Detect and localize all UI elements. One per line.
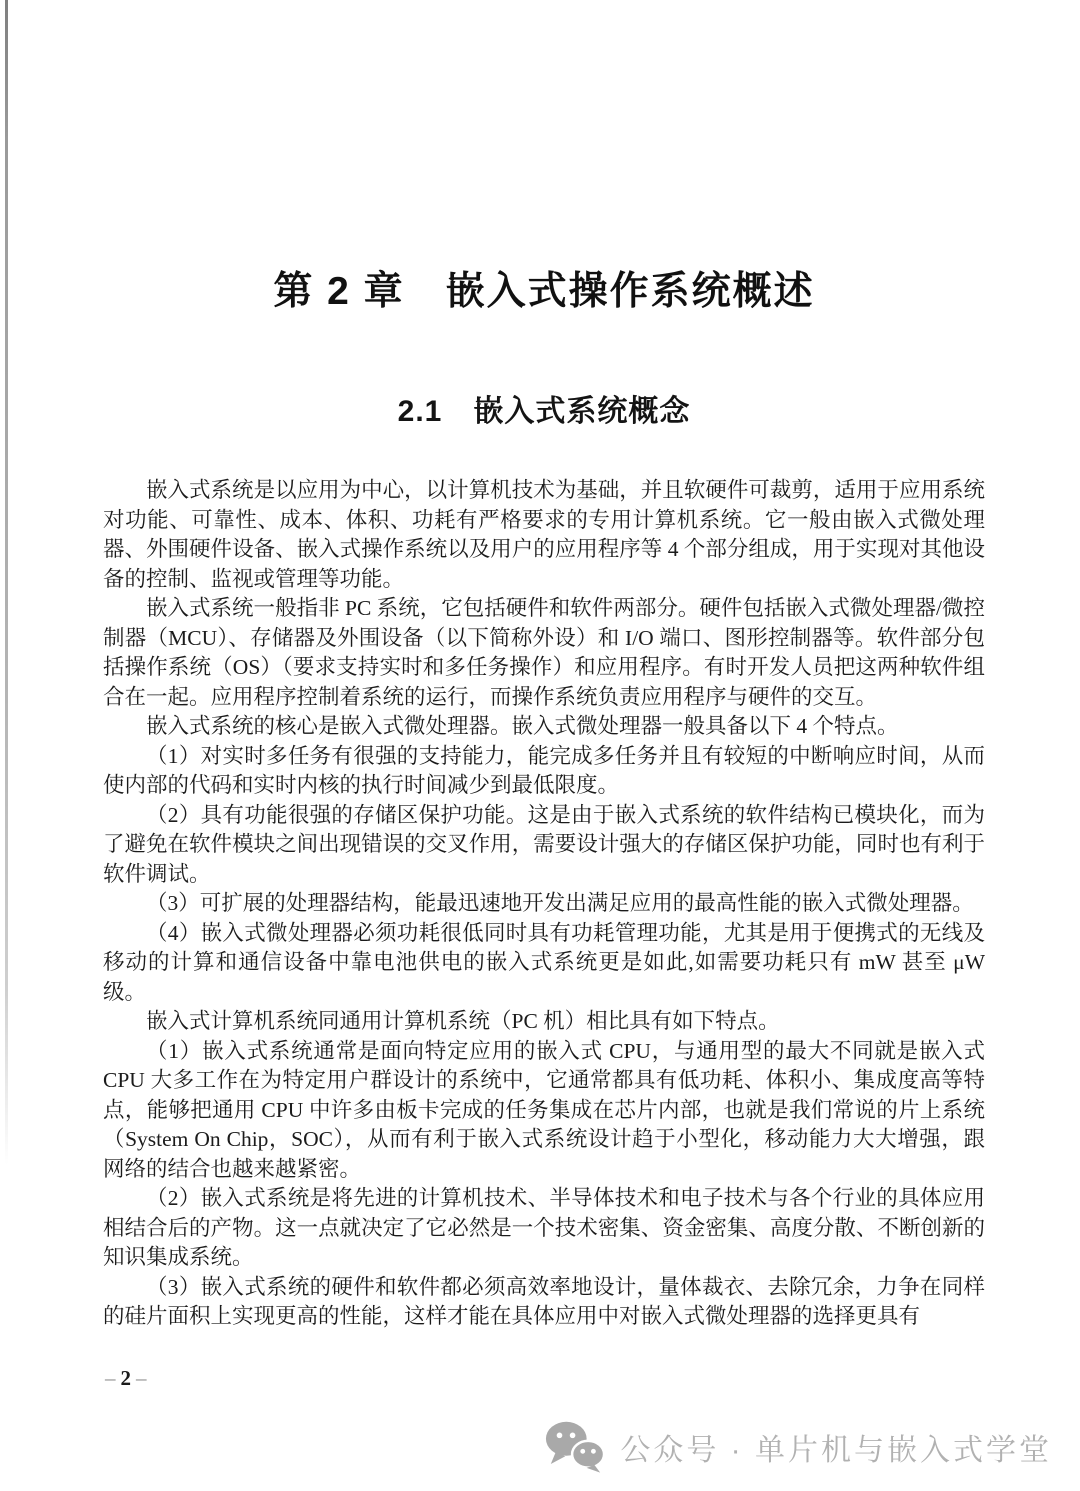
page-number-value: 2 [121, 1366, 132, 1390]
paragraph: 嵌入式系统一般指非 PC 系统，它包括硬件和软件两部分。硬件包括嵌入式微处理器/… [103, 594, 985, 712]
page-number: –2– [100, 1366, 152, 1390]
paragraph: （3）嵌入式系统的硬件和软件都必须高效率地设计，量体裁衣、去除冗余，力争在同样的… [103, 1273, 985, 1332]
wechat-icon [544, 1419, 606, 1474]
chapter-title: 第 2 章 嵌入式操作系统概述 [103, 268, 985, 316]
paragraph: （1）嵌入式系统通常是面向特定应用的嵌入式 CPU，与通用型的最大不同就是嵌入式… [103, 1037, 985, 1185]
scan-edge-artifact [5, 0, 8, 1165]
section-title: 2.1 嵌入式系统概念 [103, 392, 985, 432]
paragraph: 嵌入式计算机系统同通用计算机系统（PC 机）相比具有如下特点。 [103, 1007, 985, 1037]
paragraph: 嵌入式系统是以应用为中心，以计算机技术为基础，并且软硬件可裁剪，适用于应用系统对… [103, 476, 985, 594]
watermark-text: 公众号 · 单片机与嵌入式学堂 [620, 1425, 1052, 1469]
paragraph: （2）嵌入式系统是将先进的计算机技术、半导体技术和电子技术与各个行业的具体应用相… [103, 1184, 985, 1273]
paragraph: （4）嵌入式微处理器必须功耗很低同时具有功耗管理功能，尤其是用于便携式的无线及移… [103, 919, 985, 1008]
paragraph: （1）对实时多任务有很强的支持能力，能完成多任务并且有较短的中断响应时间，从而使… [103, 742, 985, 801]
paragraph: （2）具有功能很强的存储区保护功能。这是由于嵌入式系统的软件结构已模块化，而为了… [103, 801, 985, 890]
paragraph: （3）可扩展的处理器结构，能最迅速地开发出满足应用的最高性能的嵌入式微处理器。 [103, 889, 985, 919]
page-number-dash: – [100, 1366, 121, 1390]
body-text: 嵌入式系统是以应用为中心，以计算机技术为基础，并且软硬件可裁剪，适用于应用系统对… [103, 476, 985, 1332]
page-number-dash: – [131, 1366, 152, 1390]
paragraph: 嵌入式系统的核心是嵌入式微处理器。嵌入式微处理器一般具备以下 4 个特点。 [103, 712, 985, 742]
watermark: 公众号 · 单片机与嵌入式学堂 [544, 1419, 1052, 1474]
page-content: 第 2 章 嵌入式操作系统概述 2.1 嵌入式系统概念 嵌入式系统是以应用为中心… [103, 0, 985, 1332]
